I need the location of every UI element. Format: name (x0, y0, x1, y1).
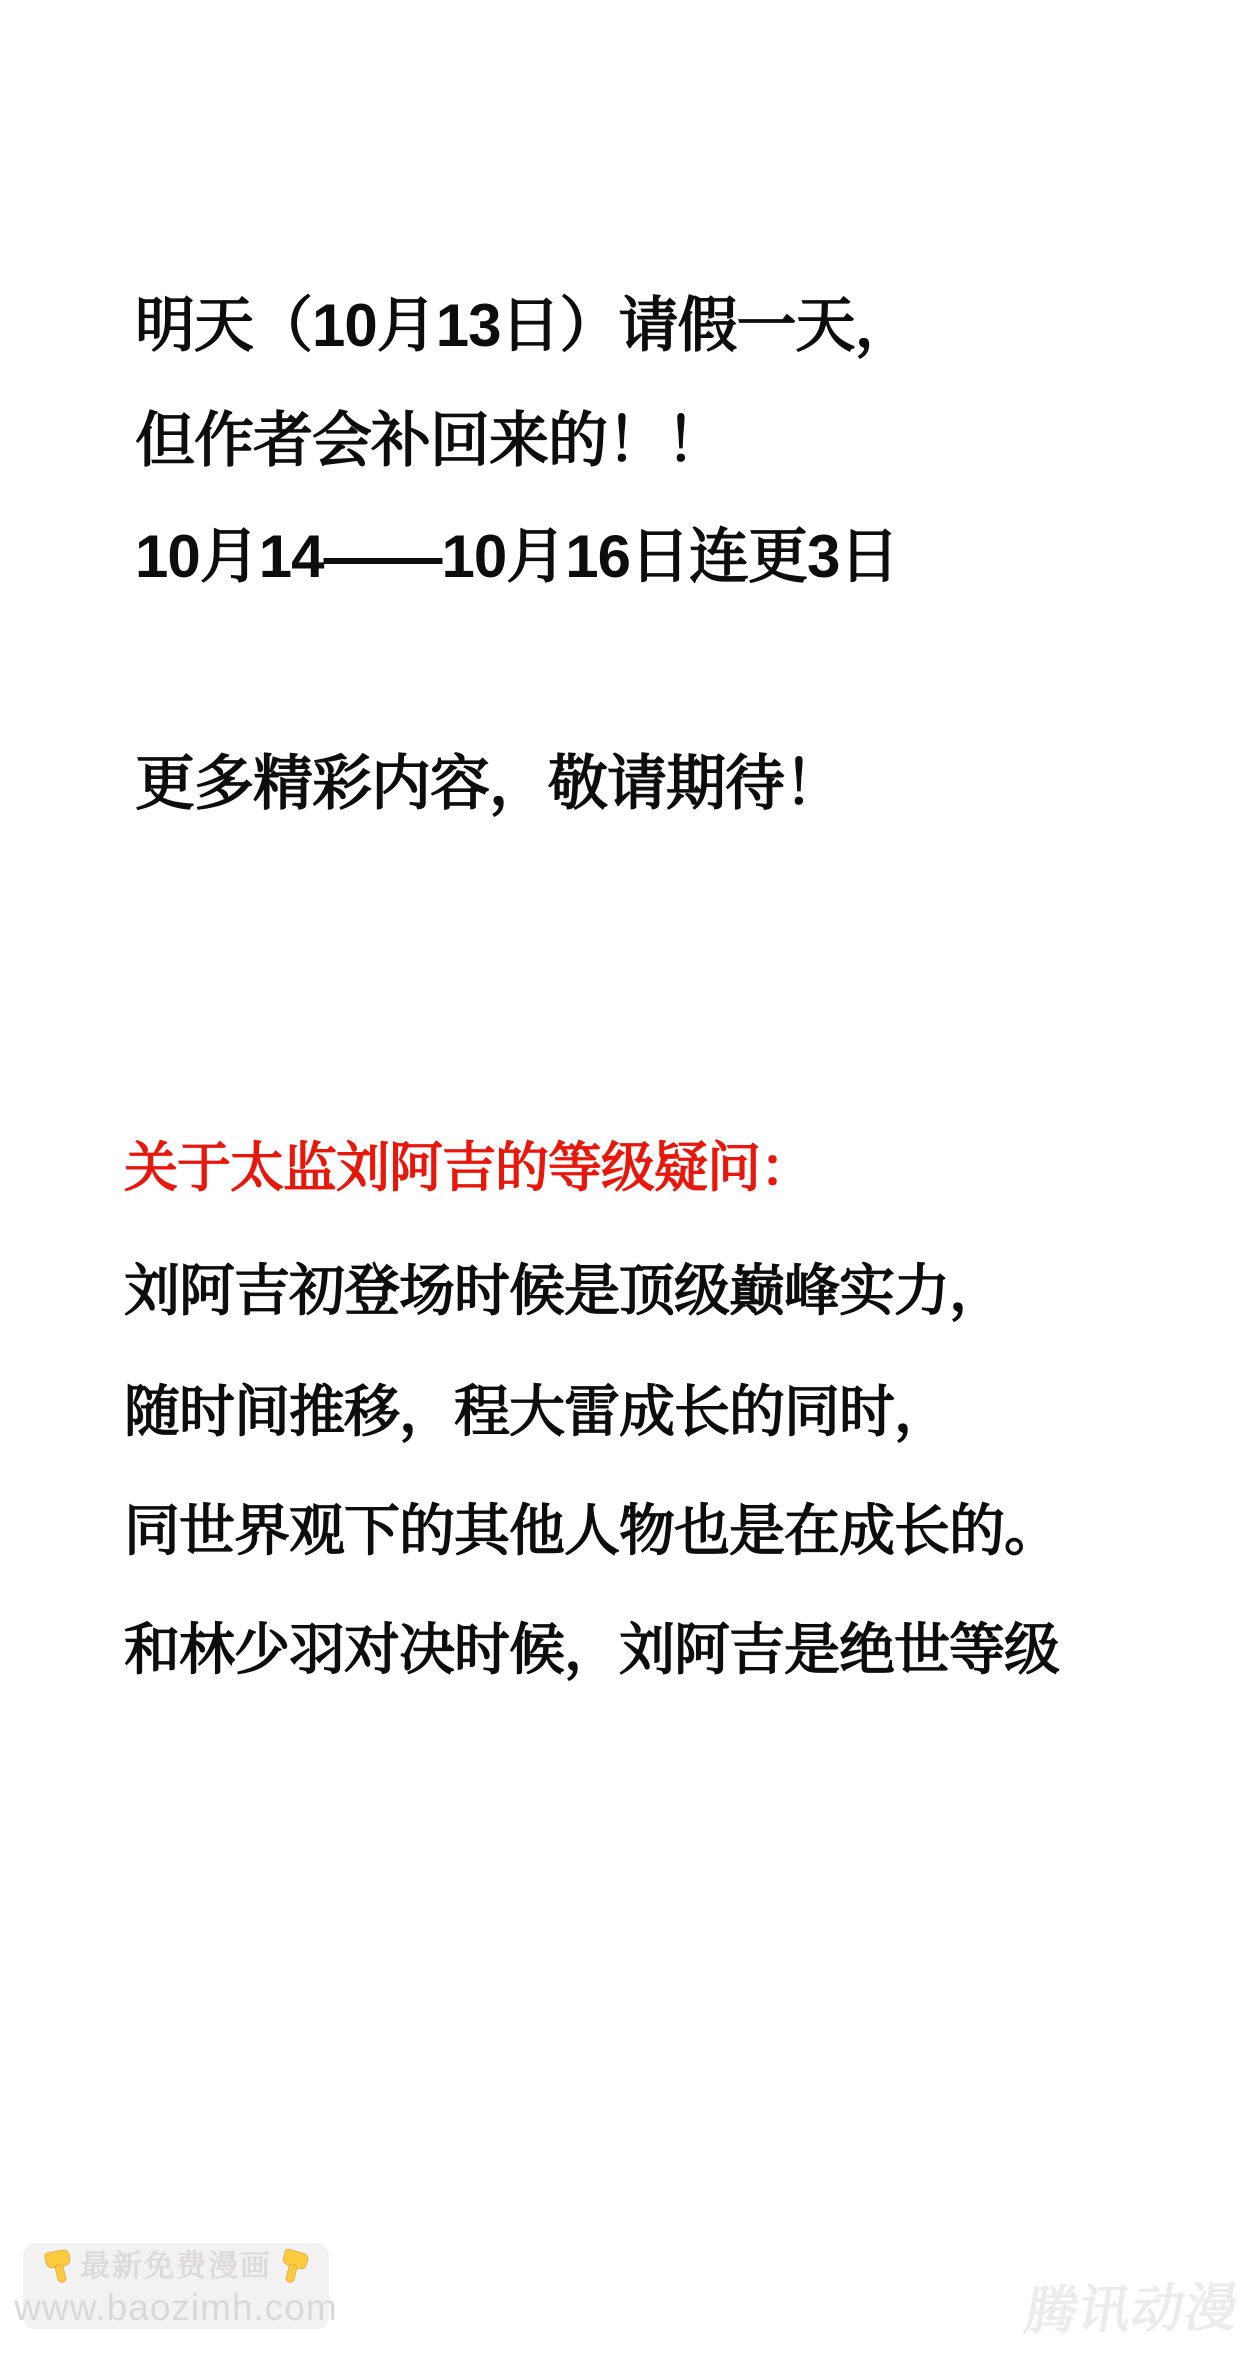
watermark-url: www.baozimh.com (14, 2289, 337, 2326)
qa-line-2: 随时间推移，程大雷成长的同时， (124, 1384, 949, 1440)
announcement-line-3: 10月14——10月16日连更3日 (135, 527, 898, 587)
comic-announcement-page: 明天（10月13日）请假一天， 但作者会补回来的！！ 10月14——10月16日… (0, 0, 1242, 2354)
announcement-line-2: 但作者会补回来的！！ (135, 411, 725, 471)
qa-line-1: 刘阿吉初登场时候是顶级巅峰实力， (124, 1263, 1004, 1319)
announcement-line-1: 明天（10月13日）请假一天， (135, 296, 913, 356)
point-down-icon (276, 2248, 310, 2286)
watermark-title-row: 最新免费漫画 (42, 2247, 310, 2287)
watermark-badge: 最新免费漫画 www.baozimh.com (23, 2243, 329, 2329)
point-down-icon (42, 2248, 76, 2286)
teaser-line: 更多精彩内容，敬请期待！ (135, 754, 843, 814)
watermark-label: 最新免费漫画 (80, 2252, 272, 2282)
qa-heading: 关于太监刘阿吉的等级疑问： (124, 1141, 813, 1195)
qa-line-3: 同世界观下的其他人物也是在成长的。 (124, 1503, 1059, 1559)
qa-line-4: 和林少羽对决时候，刘阿吉是绝世等级 (124, 1622, 1059, 1678)
tencent-comics-logo: 腾讯动漫 (1022, 2282, 1242, 2338)
